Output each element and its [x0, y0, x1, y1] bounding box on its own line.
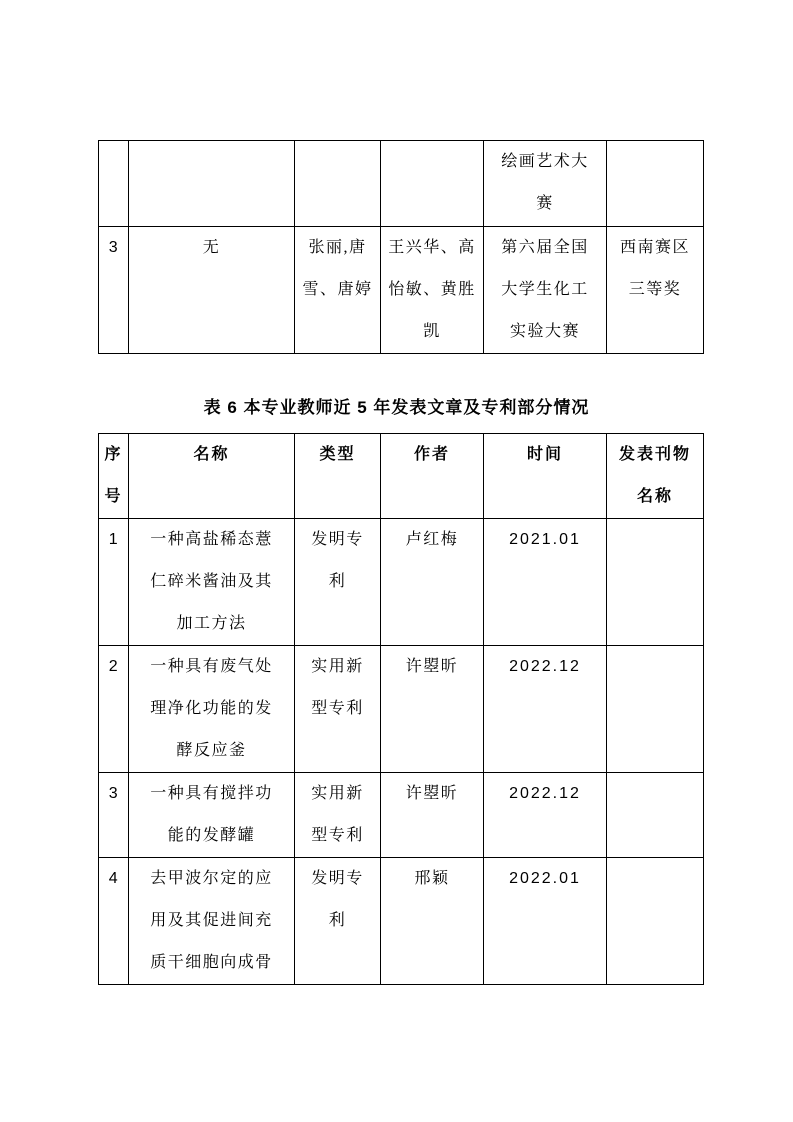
cell-line: 2022.12: [484, 646, 606, 688]
cell-no: 3: [99, 227, 129, 354]
table-row: 3 无 张丽,唐 雪、唐婷 王兴华、高 怡敏、黄胜 凯 第六届全国 大学生化工 …: [99, 227, 704, 354]
cell-line: 怡敏、黄胜: [381, 269, 483, 311]
cell-time: 2022.12: [484, 646, 607, 773]
cell-teachers: 张丽,唐 雪、唐婷: [295, 227, 381, 354]
cell-name: 一种具有废气处 理净化功能的发 酵反应釜: [129, 646, 295, 773]
cell-time: 2022.12: [484, 773, 607, 858]
cell-project: [129, 141, 295, 227]
cell-competition: 第六届全国 大学生化工 实验大赛: [484, 227, 607, 354]
cell-journal: [607, 519, 704, 646]
cell-line: 一种具有搅拌功: [129, 773, 294, 815]
cell-line: 利: [295, 561, 380, 603]
header-journal: 发表刊物 名称: [607, 434, 704, 519]
header-no: 序 号: [99, 434, 129, 519]
cell-type: 实用新 型专利: [295, 773, 381, 858]
cell-no: 2: [99, 646, 129, 773]
cell-line: 加工方法: [129, 603, 294, 645]
cell-line: 绘画艺术大: [484, 141, 606, 183]
cell-students: [381, 141, 484, 227]
cell-line: 一种高盐稀态薏: [129, 519, 294, 561]
cell-author: 卢红梅: [381, 519, 484, 646]
cell-line: 仁碎米酱油及其: [129, 561, 294, 603]
cell-line: 名称: [607, 476, 703, 518]
cell-line: 型专利: [295, 688, 380, 730]
cell-author: 邢颖: [381, 858, 484, 985]
table-title: 表 6 本专业教师近 5 年发表文章及专利部分情况: [0, 396, 793, 420]
cell-no: [99, 141, 129, 227]
cell-line: 1: [99, 519, 128, 561]
cell-line: 许曌昕: [381, 773, 483, 815]
cell-type: 发明专 利: [295, 858, 381, 985]
cell-line: 邢颖: [381, 858, 483, 900]
cell-line: 2021.01: [484, 519, 606, 561]
cell-name: 一种具有搅拌功 能的发酵罐: [129, 773, 295, 858]
cell-time: 2021.01: [484, 519, 607, 646]
cell-line: 时间: [484, 434, 606, 476]
cell-line: 作者: [381, 434, 483, 476]
cell-author: 许曌昕: [381, 773, 484, 858]
cell-no: 1: [99, 519, 129, 646]
cell-line: 实用新: [295, 773, 380, 815]
cell-journal: [607, 858, 704, 985]
cell-line: 2022.12: [484, 773, 606, 815]
cell-line: 西南赛区: [607, 227, 703, 269]
table-row: 1 一种高盐稀态薏 仁碎米酱油及其 加工方法 发明专 利 卢红梅 2021.01: [99, 519, 704, 646]
cell-award: 西南赛区 三等奖: [607, 227, 704, 354]
cell-line: 王兴华、高: [381, 227, 483, 269]
cell-line: 雪、唐婷: [295, 269, 380, 311]
cell-line: 3: [99, 227, 128, 269]
header-author: 作者: [381, 434, 484, 519]
cell-line: 第六届全国: [484, 227, 606, 269]
cell-line: 2: [99, 646, 128, 688]
cell-line: 号: [99, 476, 128, 518]
cell-line: 利: [295, 900, 380, 942]
cell-line: 发明专: [295, 519, 380, 561]
cell-line: 实用新: [295, 646, 380, 688]
cell-line: 无: [129, 227, 294, 269]
cell-line: 3: [99, 773, 128, 815]
cell-line: 许曌昕: [381, 646, 483, 688]
cell-line: 卢红梅: [381, 519, 483, 561]
cell-line: 实验大赛: [484, 311, 606, 353]
cell-line: 凯: [381, 311, 483, 353]
cell-line: 三等奖: [607, 269, 703, 311]
cell-journal: [607, 646, 704, 773]
cell-line: 张丽,唐: [295, 227, 380, 269]
table-header-row: 序 号 名称 类型 作者 时间 发表刊物 名称: [99, 434, 704, 519]
cell-time: 2022.01: [484, 858, 607, 985]
header-type: 类型: [295, 434, 381, 519]
cell-line: 发明专: [295, 858, 380, 900]
cell-line: 质干细胞向成骨: [129, 942, 294, 984]
cell-competition: 绘画艺术大 赛: [484, 141, 607, 227]
cell-line: 能的发酵罐: [129, 815, 294, 857]
table-row: 4 去甲波尔定的应 用及其促进间充 质干细胞向成骨 发明专 利 邢颖 2022.…: [99, 858, 704, 985]
cell-type: 实用新 型专利: [295, 646, 381, 773]
table-row: 绘画艺术大 赛: [99, 141, 704, 227]
cell-name: 一种高盐稀态薏 仁碎米酱油及其 加工方法: [129, 519, 295, 646]
cell-teachers: [295, 141, 381, 227]
cell-line: 2022.01: [484, 858, 606, 900]
cell-line: 酵反应釜: [129, 730, 294, 772]
cell-line: 序: [99, 434, 128, 476]
cell-no: 3: [99, 773, 129, 858]
cell-name: 去甲波尔定的应 用及其促进间充 质干细胞向成骨: [129, 858, 295, 985]
header-time: 时间: [484, 434, 607, 519]
cell-line: 发表刊物: [607, 434, 703, 476]
cell-line: 理净化功能的发: [129, 688, 294, 730]
cell-no: 4: [99, 858, 129, 985]
cell-journal: [607, 773, 704, 858]
table-row: 2 一种具有废气处 理净化功能的发 酵反应釜 实用新 型专利 许曌昕 2022.…: [99, 646, 704, 773]
cell-project: 无: [129, 227, 295, 354]
table-row: 3 一种具有搅拌功 能的发酵罐 实用新 型专利 许曌昕 2022.12: [99, 773, 704, 858]
cell-award: [607, 141, 704, 227]
cell-line: 用及其促进间充: [129, 900, 294, 942]
cell-line: 名称: [129, 434, 294, 476]
cell-line: 赛: [484, 183, 606, 225]
publications-table: 序 号 名称 类型 作者 时间 发表刊物 名称 1 一种高盐稀态薏 仁碎米酱油及…: [98, 433, 704, 985]
cell-line: 类型: [295, 434, 380, 476]
cell-students: 王兴华、高 怡敏、黄胜 凯: [381, 227, 484, 354]
header-name: 名称: [129, 434, 295, 519]
cell-line: 型专利: [295, 815, 380, 857]
cell-line: 大学生化工: [484, 269, 606, 311]
cell-line: 4: [99, 858, 128, 900]
cell-author: 许曌昕: [381, 646, 484, 773]
cell-type: 发明专 利: [295, 519, 381, 646]
awards-table: 绘画艺术大 赛 3 无 张丽,唐 雪、唐婷 王兴华、高 怡敏、黄胜 凯 第六届全…: [98, 140, 704, 354]
cell-line: 去甲波尔定的应: [129, 858, 294, 900]
cell-line: 一种具有废气处: [129, 646, 294, 688]
